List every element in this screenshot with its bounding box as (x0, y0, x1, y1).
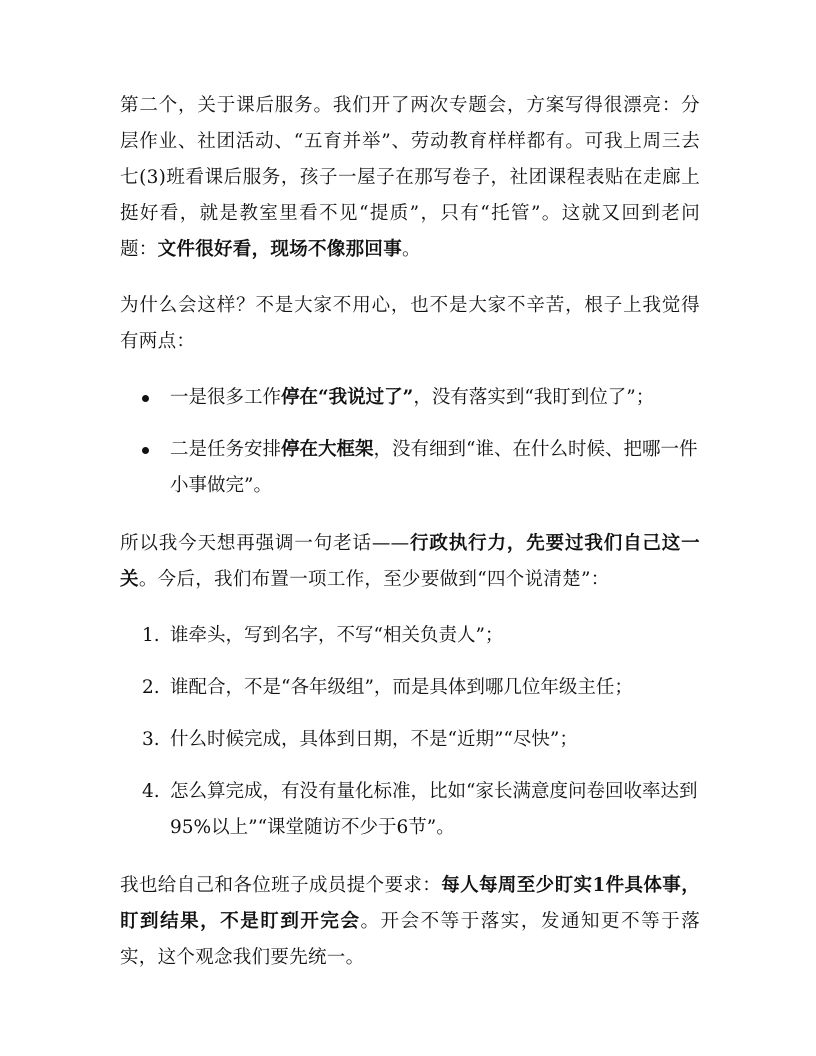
paragraph-text: 。 (402, 239, 421, 260)
bullet-text: 一是很多工作 (170, 387, 281, 408)
numbered-item: 1.谁牵头，写到名字，不写“相关负责人”； (120, 618, 700, 654)
numbered-list: 1.谁牵头，写到名字，不写“相关负责人”； 2.谁配合，不是“各年级组”，而是具… (120, 618, 700, 846)
paragraph-after-school-service: 第二个，关于课后服务。我们开了两次专题会，方案写得很漂亮：分层作业、社团活动、“… (120, 88, 700, 268)
bullet-item: 一是很多工作停在“我说过了”，没有落实到“我盯到位了”； (120, 380, 700, 416)
numbered-item: 3.什么时候完成，具体到日期，不是“近期”“尽快”； (120, 722, 700, 758)
document-page: 第二个，关于课后服务。我们开了两次专题会，方案写得很漂亮：分层作业、社团活动、“… (120, 88, 700, 996)
item-text: 怎么算完成，有没有量化标准，比如“家长满意度问卷回收率达到95%以上”“课堂随访… (170, 781, 697, 838)
emphasis-text: 文件很好看，现场不像那回事 (158, 239, 402, 260)
item-number: 3. (142, 722, 160, 758)
item-number: 4. (142, 774, 160, 810)
bullet-list: 一是很多工作停在“我说过了”，没有落实到“我盯到位了”； 二是任务安排停在大框架… (120, 380, 700, 504)
paragraph-execution: 所以我今天想再强调一句老话——行政执行力，先要过我们自己这一关。今后，我们布置一… (120, 526, 700, 598)
bullet-text: ，没有落实到“我盯到位了”； (413, 387, 654, 408)
bullet-icon (142, 447, 149, 454)
item-number: 1. (142, 618, 160, 654)
paragraph-text: 。今后，我们布置一项工作，至少要做到“四个说清楚”： (139, 569, 610, 590)
bullet-icon (142, 395, 149, 402)
bullet-item: 二是任务安排停在大框架，没有细到“谁、在什么时候、把哪一件小事做完”。 (120, 432, 700, 504)
item-text: 谁配合，不是“各年级组”，而是具体到哪几位年级主任； (170, 677, 633, 698)
item-text: 什么时候完成，具体到日期，不是“近期”“尽快”； (170, 729, 578, 750)
emphasis-text: 停在“我说过了” (281, 387, 413, 408)
paragraph-text: 第二个，关于课后服务。我们开了两次专题会，方案写得很漂亮：分层作业、社团活动、“… (120, 95, 700, 260)
paragraph-requirement: 我也给自己和各位班子成员提个要求：每人每周至少盯实1件具体事，盯到结果，不是盯到… (120, 868, 700, 976)
paragraph-text: 所以我今天想再强调一句老话—— (120, 533, 409, 554)
paragraph-text: 我也给自己和各位班子成员提个要求： (120, 875, 441, 896)
item-number: 2. (142, 670, 160, 706)
item-text: 谁牵头，写到名字，不写“相关负责人”； (170, 625, 503, 646)
bullet-text: 二是任务安排 (170, 439, 281, 460)
emphasis-text: 停在大框架 (281, 439, 374, 460)
numbered-item: 4.怎么算完成，有没有量化标准，比如“家长满意度问卷回收率达到95%以上”“课堂… (120, 774, 700, 846)
paragraph-why: 为什么会这样？不是大家不用心，也不是大家不辛苦，根子上我觉得有两点： (120, 288, 700, 360)
numbered-item: 2.谁配合，不是“各年级组”，而是具体到哪几位年级主任； (120, 670, 700, 706)
